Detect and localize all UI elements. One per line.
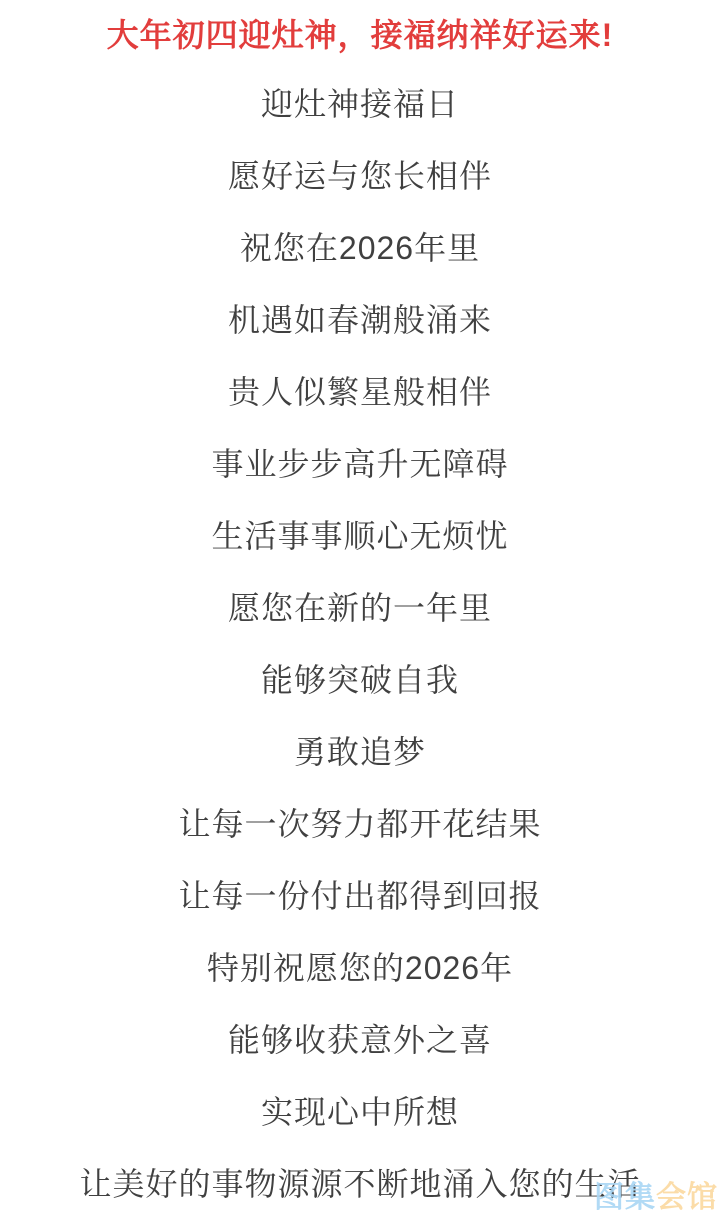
page-title: 大年初四迎灶神，接福纳祥好运来! (0, 0, 720, 66)
text-line: 能够突破自我 (0, 642, 720, 714)
text-line: 能够收获意外之喜 (0, 1002, 720, 1074)
text-line: 实现心中所想 (0, 1074, 720, 1146)
text-line: 迎灶神接福日 (0, 66, 720, 138)
text-line: 贵人似繁星般相伴 (0, 354, 720, 426)
text-line: 事业步步高升无障碍 (0, 426, 720, 498)
text-line: 生活事事顺心无烦忧 (0, 498, 720, 570)
text-line: 让美好的事物源源不断地涌入您的生活 (0, 1146, 720, 1218)
text-line: 祝您在2026年里 (0, 210, 720, 282)
text-line: 愿好运与您长相伴 (0, 138, 720, 210)
text-line: 让每一份付出都得到回报 (0, 858, 720, 930)
text-line: 让每一次努力都开花结果 (0, 786, 720, 858)
greeting-card-page: 大年初四迎灶神，接福纳祥好运来! 迎灶神接福日 愿好运与您长相伴 祝您在2026… (0, 0, 720, 1218)
text-line: 勇敢追梦 (0, 714, 720, 786)
text-line: 特别祝愿您的2026年 (0, 930, 720, 1002)
text-line: 愿您在新的一年里 (0, 570, 720, 642)
text-line: 机遇如春潮般涌来 (0, 282, 720, 354)
